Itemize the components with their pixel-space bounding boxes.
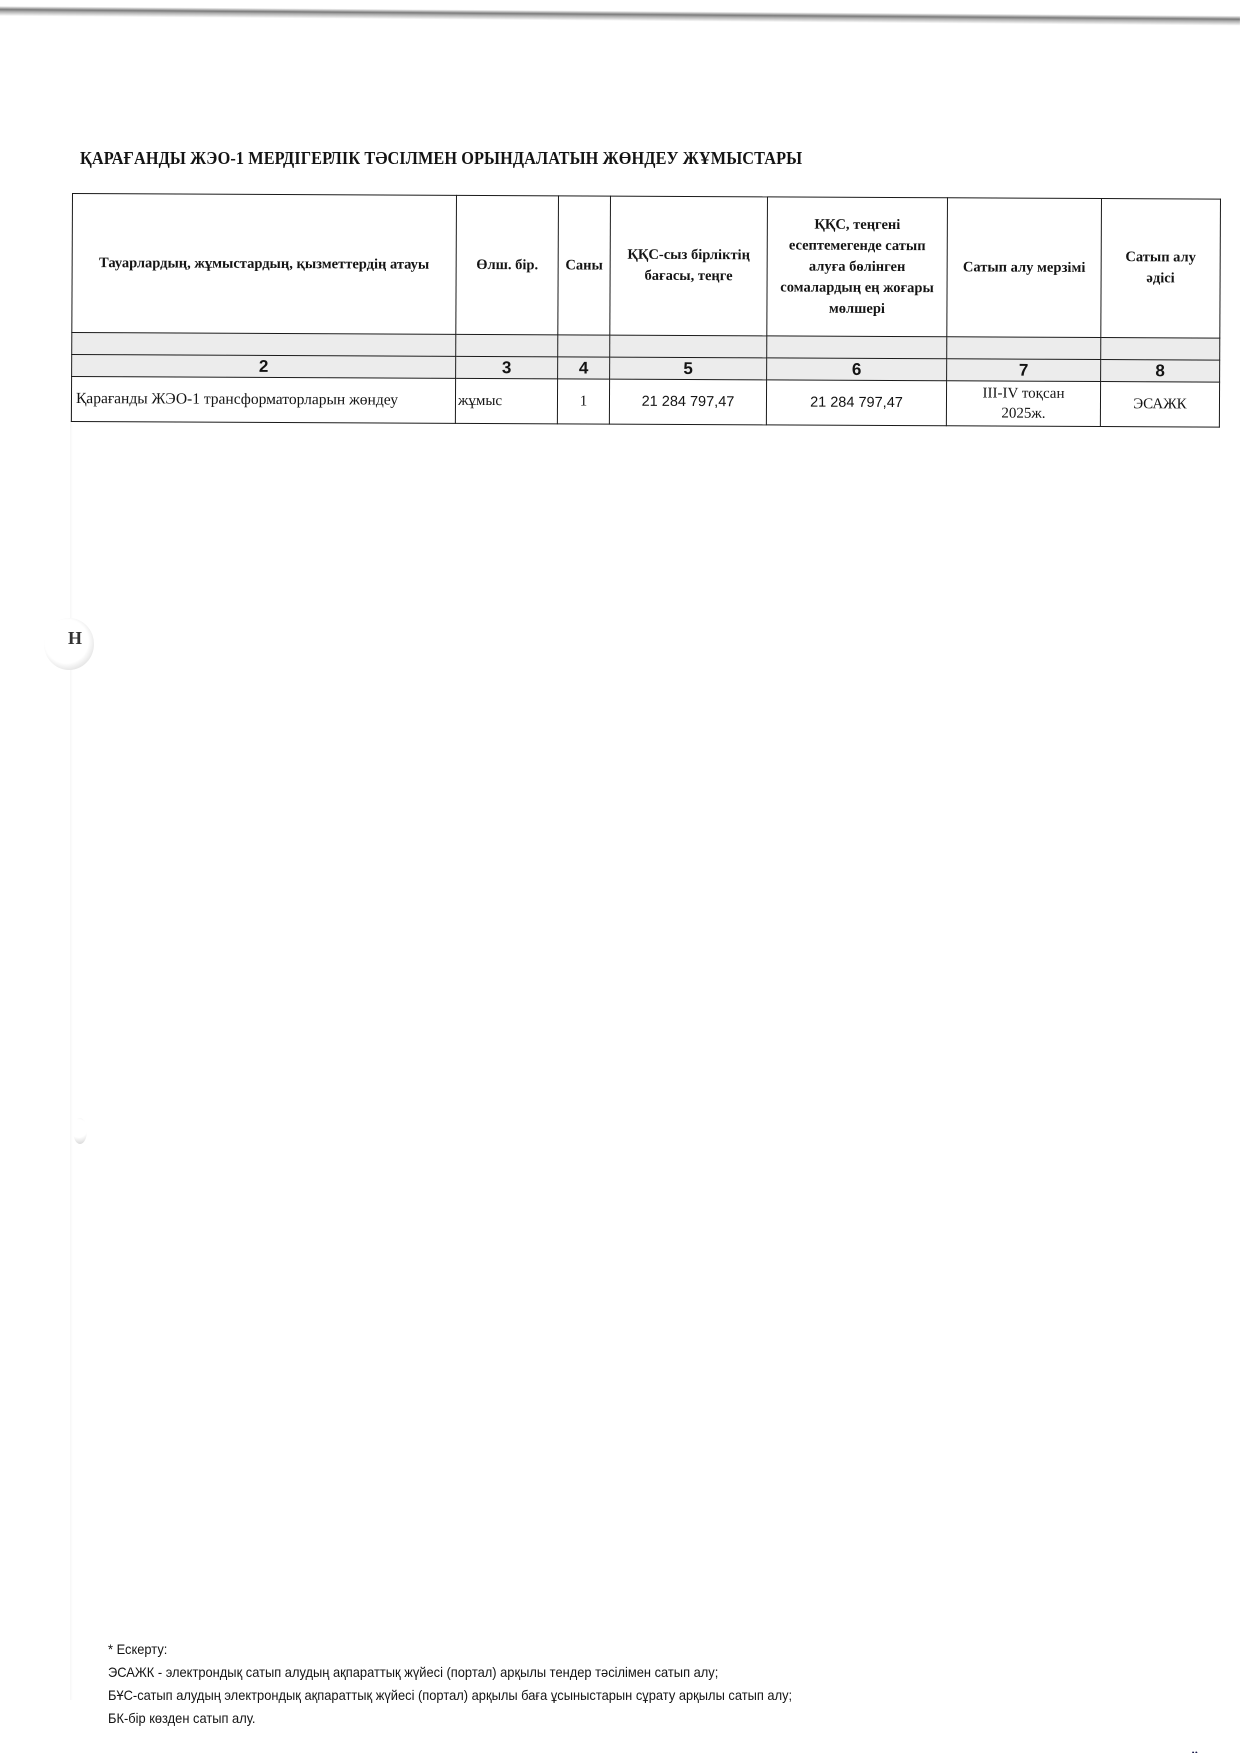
handwritten-mark: „ [1191,1740,1200,1753]
scan-edge [0,6,1240,26]
item-unit-price: 21 284 797,47 [609,379,766,425]
header-period: Сатып алу мерзімі [947,198,1102,338]
footnote-heading: * Ескерту: [108,1638,792,1661]
empty-cell [1101,338,1220,361]
empty-cell [610,335,767,358]
column-number: 2 [72,355,456,379]
table-row: Қарағанды ЖЭО-1 трансформаторларын жөнде… [71,377,1219,428]
stray-mark: Н [68,628,82,649]
item-max-amount: 21 284 797,47 [766,380,946,426]
column-number: 4 [558,357,610,379]
header-unit-price: ҚҚС-сыз бірліктің бағасы, теңге [610,196,768,336]
item-unit: жұмыс [455,378,557,423]
item-period-line2: 2025ж. [951,403,1096,424]
footnote-line: БҰС-сатып алудың электрондық ақпараттық … [108,1684,792,1707]
scan-shadow [70,400,73,1700]
footnote: * Ескерту: ЭСАЖК - электрондық сатып алу… [108,1638,792,1730]
header-method: Сатып алу әдісі [1101,199,1221,339]
header-unit: Өлш. бір. [456,195,559,334]
punch-hole-mark-2 [73,1118,87,1144]
header-quantity: Саны [558,196,611,335]
header-max-amount: ҚҚС, теңгені есептемегенде сатып алуға б… [767,197,948,337]
column-number: 7 [947,359,1101,382]
empty-cell [767,336,947,359]
header-row: Тауарлардың, жұмыстардың, қызметтердің а… [72,194,1221,339]
item-period-line1: III-IV тоқсан [951,383,1096,404]
item-quantity: 1 [557,379,609,424]
column-number: 6 [767,358,947,381]
column-number: 3 [456,356,558,378]
footnote-line: ЭСАЖК - электрондық сатып алудың ақпарат… [108,1661,792,1684]
item-method: ЭСАЖК [1100,382,1219,428]
item-period: III-IV тоқсан 2025ж. [946,381,1100,427]
column-number: 8 [1101,360,1220,383]
empty-cell [72,333,456,357]
empty-cell [456,334,558,356]
empty-cell [947,337,1101,360]
item-name: Қарағанды ЖЭО-1 трансформаторларын жөнде… [71,377,455,424]
document-title: ҚАРАҒАНДЫ ЖЭО-1 МЕРДІГЕРЛІК ТӘСІЛМЕН ОРЫ… [80,148,802,169]
column-number: 5 [610,357,767,380]
header-name: Тауарлардың, жұмыстардың, қызметтердің а… [72,194,457,335]
empty-cell [558,335,610,357]
footnote-line: БК-бір көзден сатып алу. [108,1707,792,1730]
procurement-table: Тауарлардың, жұмыстардың, қызметтердің а… [71,193,1221,428]
